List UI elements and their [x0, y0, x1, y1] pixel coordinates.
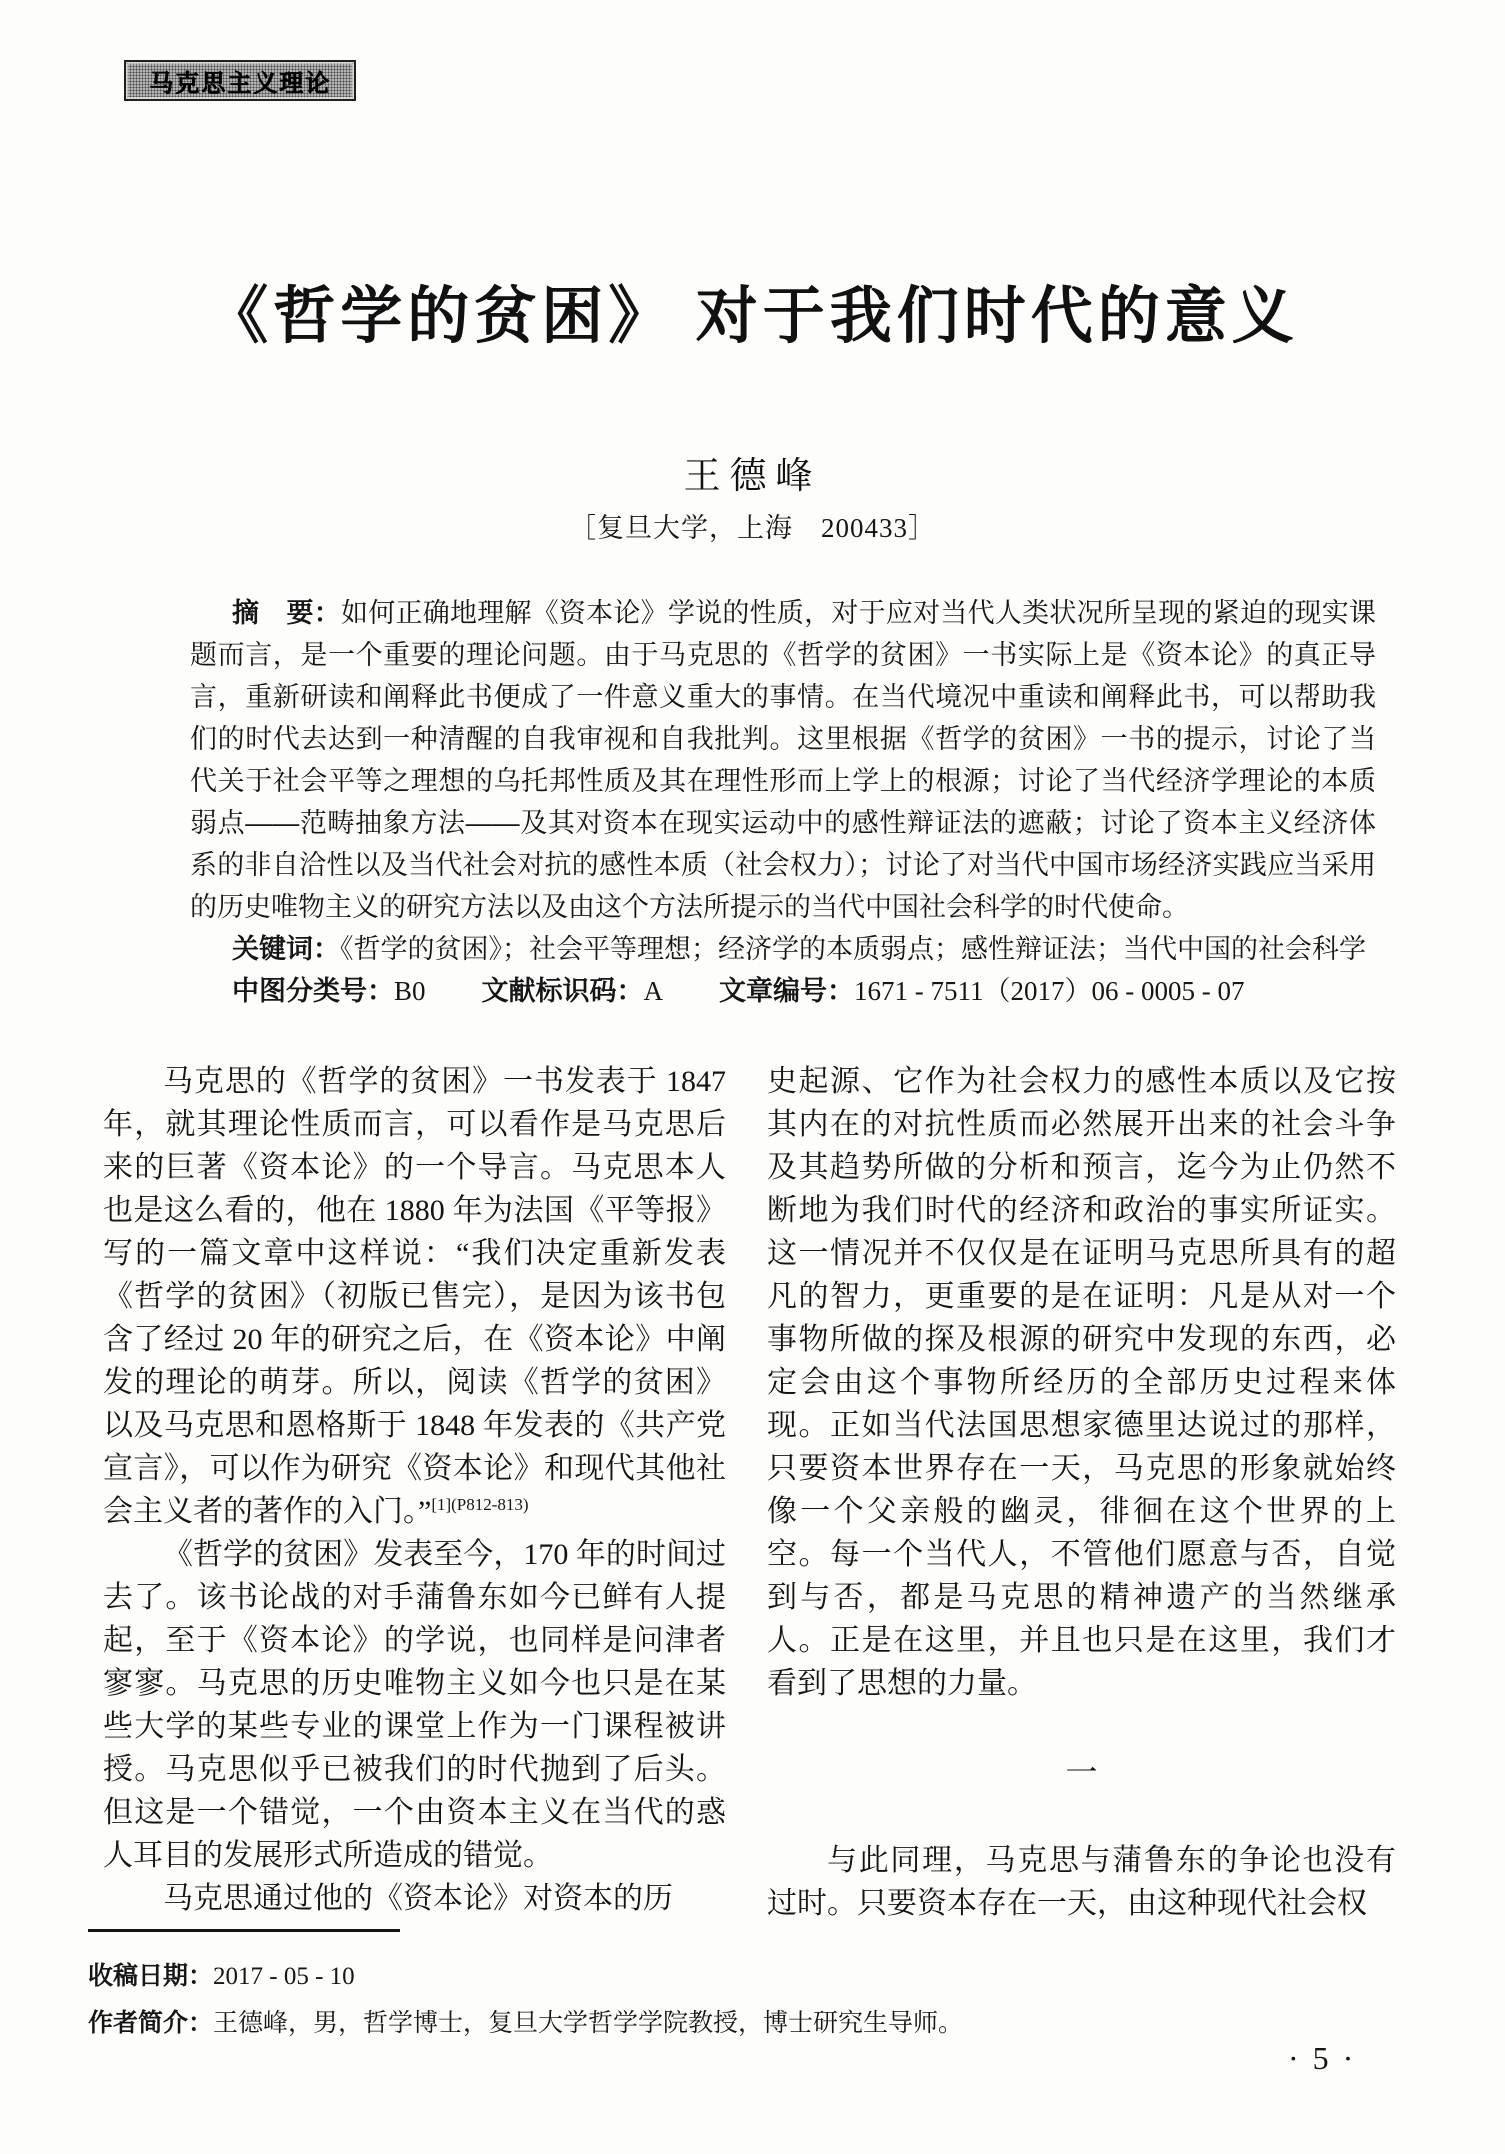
body-paragraph-3-continued: 史起源、它作为社会权力的感性本质以及它按其内在的对抗性质而必然展开出来的社会斗争… — [767, 1060, 1396, 1705]
article-meta-line: 中图分类号：B0文献标识码：A文章编号：1671 - 7511（2017）06 … — [190, 970, 1376, 1012]
body-paragraph-3-start: 马克思通过他的《资本论》对资本的历 — [103, 1877, 726, 1920]
citation-ref: [1](P812-813) — [431, 1495, 528, 1514]
author-bio-label: 作者简介： — [88, 2009, 213, 2037]
clc-value: B0 — [394, 976, 426, 1006]
article-id-value: 1671 - 7511（2017）06 - 0005 - 07 — [854, 976, 1244, 1006]
received-date-line: 收稿日期：2017 - 05 - 10 — [88, 1956, 355, 1992]
body-paragraph-2: 《哲学的贫困》发表至今，170 年的时间过去了。该书论战的对手蒲鲁东如今已鲜有人… — [103, 1533, 726, 1877]
body-paragraph-4: 与此同理，马克思与蒲鲁东的争论也没有过时。只要资本存在一天，由这种现代社会权 — [767, 1839, 1396, 1925]
clc-label: 中图分类号： — [232, 976, 394, 1006]
page-number: · 5 · — [1288, 2040, 1356, 2077]
keywords-text: 《哲学的贫困》；社会平等理想；经济学的本质弱点；感性辩证法；当代中国的社会科学 — [340, 934, 1366, 964]
abstract-text: 如何正确地理解《资本论》学说的性质，对于应对当代人类状况所呈现的紧迫的现实课题而… — [190, 598, 1376, 922]
section-heading-one: 一 — [767, 1751, 1396, 1794]
category-banner-label: 马克思主义理论 — [149, 63, 331, 98]
author-affiliation: ［复旦大学，上海 200433］ — [0, 506, 1505, 545]
author-bio-value: 王德峰，男，哲学博士，复旦大学哲学学院教授，博士研究生导师。 — [213, 2010, 963, 2037]
abstract-label: 摘 要： — [232, 598, 341, 628]
doc-code-value: A — [644, 976, 664, 1006]
author-name: 王德峰 — [0, 445, 1505, 499]
abstract-block: 摘 要：如何正确地理解《资本论》学说的性质，对于应对当代人类状况所呈现的紧迫的现… — [190, 592, 1376, 1012]
body-paragraph-1: 马克思的《哲学的贫困》一书发表于 1847 年，就其理论性质而言，可以看作是马克… — [103, 1060, 726, 1533]
footnote-divider — [88, 1929, 400, 1932]
keywords-label: 关键词： — [232, 934, 340, 964]
received-date-label: 收稿日期： — [88, 1962, 213, 1990]
author-bio-line: 作者简介：王德峰，男，哲学博士，复旦大学哲学学院教授，博士研究生导师。 — [88, 2003, 963, 2039]
body-paragraph-1-text: 马克思的《哲学的贫困》一书发表于 1847 年，就其理论性质而言，可以看作是马克… — [103, 1065, 726, 1528]
doc-code-label: 文献标识码： — [482, 976, 644, 1006]
article-title: 《哲学的贫困》 对于我们时代的意义 — [0, 266, 1505, 355]
body-column-left: 马克思的《哲学的贫困》一书发表于 1847 年，就其理论性质而言，可以看作是马克… — [103, 1060, 726, 1920]
received-date-value: 2017 - 05 - 10 — [213, 1963, 355, 1990]
abstract-paragraph: 摘 要：如何正确地理解《资本论》学说的性质，对于应对当代人类状况所呈现的紧迫的现… — [190, 592, 1376, 928]
article-id-label: 文章编号： — [719, 976, 854, 1006]
body-column-right: 史起源、它作为社会权力的感性本质以及它按其内在的对抗性质而必然展开出来的社会斗争… — [767, 1060, 1396, 1925]
journal-article-page: 马克思主义理论 《哲学的贫困》 对于我们时代的意义 王德峰 ［复旦大学，上海 2… — [0, 0, 1505, 2154]
keywords-line: 关键词：《哲学的贫困》；社会平等理想；经济学的本质弱点；感性辩证法；当代中国的社… — [190, 928, 1376, 970]
category-banner: 马克思主义理论 — [124, 60, 356, 101]
